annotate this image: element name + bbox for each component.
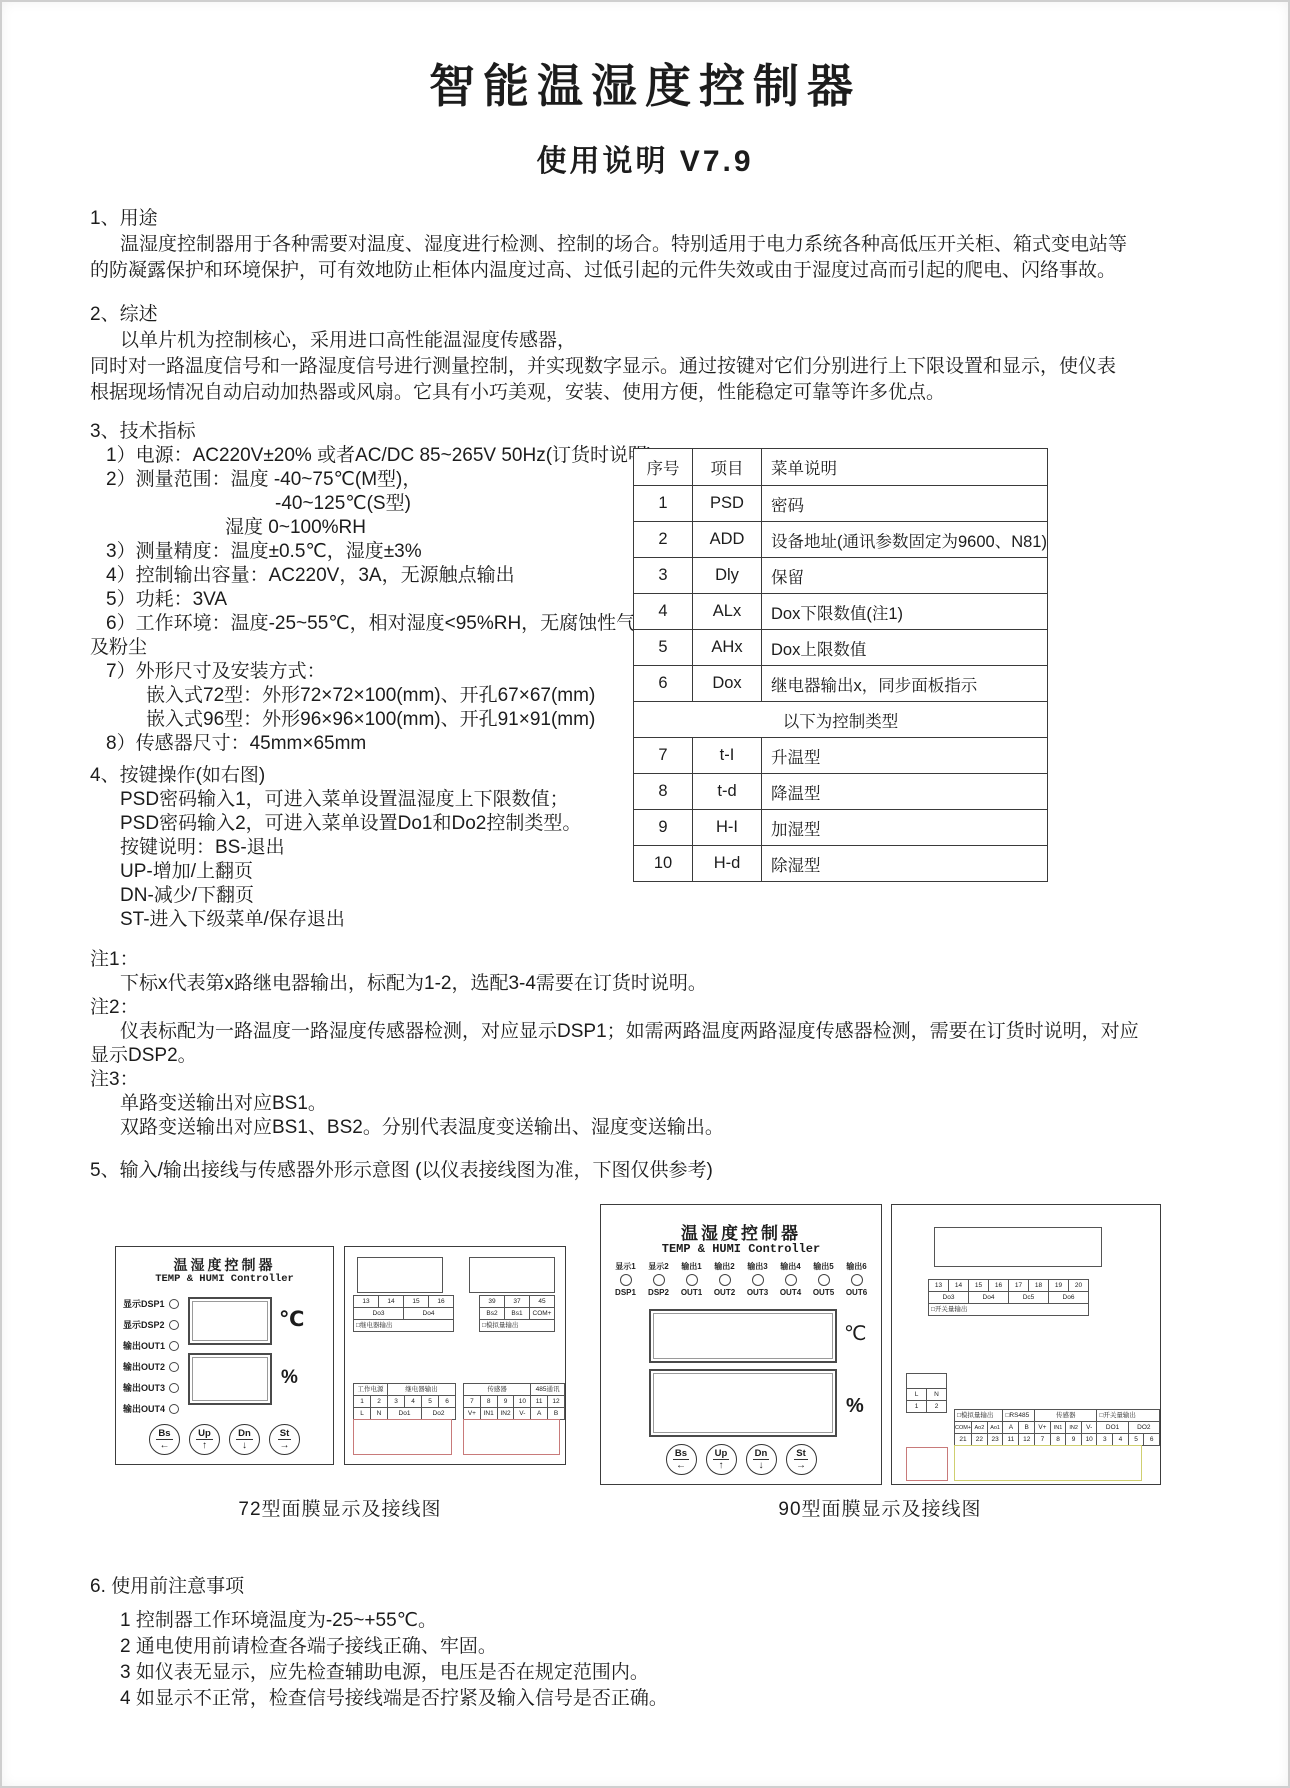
terminal-label: DO2: [1128, 1422, 1159, 1434]
power-relay-strip: 工作电源 继电器输出 1 2 3 4 5 6 L N Do1 Do2: [353, 1383, 456, 1420]
terminal-label: COM+: [530, 1308, 555, 1320]
relay-module-outline: [357, 1257, 443, 1293]
terminal-label: V+: [1035, 1422, 1051, 1434]
terminal-label: Do2: [422, 1408, 456, 1420]
terminal-label: L: [354, 1408, 371, 1420]
cell-desc: 降温型: [762, 774, 1048, 810]
terminal-cell: 16: [429, 1296, 454, 1308]
terminal-label: Ao2: [972, 1422, 988, 1434]
terminal-cell: 4: [1113, 1434, 1129, 1446]
button-row: Bs← Up↑ Dn↓ St→: [116, 1424, 333, 1455]
page-title: 智能温湿度控制器: [90, 50, 1200, 116]
down-arrow-icon: ↓: [759, 1460, 764, 1471]
led-label: 输出OUT3: [123, 1381, 165, 1394]
terminal-cell: 8: [480, 1396, 497, 1408]
sensor-header: 传感器: [1035, 1410, 1097, 1422]
cell-no: 4: [634, 594, 693, 630]
dn-button: Dn↓: [746, 1444, 777, 1475]
cell-no: 8: [634, 774, 693, 810]
indicator-label-en: DSP2: [648, 1288, 669, 1297]
celsius-unit: ℃: [279, 1307, 304, 1332]
paragraph-line: 同时对一路温度信号和一路湿度信号进行测量控制，并实现数字显示。通过按键对它们分别…: [90, 354, 1200, 380]
terminal-label: B: [548, 1408, 565, 1420]
terminal-label: Do3: [929, 1292, 969, 1304]
button-row: Bs← Up↑ Dn↓ St→: [601, 1444, 881, 1475]
indicator-label-cn: 输出4: [780, 1261, 800, 1272]
table-row: 4 ALx Dox下限数值(注1): [634, 594, 1048, 630]
indicator-label-cn: 输出3: [747, 1261, 767, 1272]
terminal-cell: 37: [505, 1296, 530, 1308]
precaution-line: 1 控制器工作环境温度为-25~+55℃。: [90, 1608, 1200, 1634]
terminal-cell: 1: [354, 1396, 371, 1408]
note-line: 仪表标配为一路温度一路湿度传感器检测，对应显示DSP1；如需两路温度两路湿度传感…: [90, 1020, 1200, 1044]
terminal-cell: 12: [548, 1396, 565, 1408]
indicator-label-cn: 输出1: [681, 1261, 701, 1272]
indicator: 输出3OUT3: [744, 1261, 772, 1297]
analog-output-header: □模拟量输出: [955, 1410, 1003, 1422]
panel-72-wiring: 13 14 15 16 Do3 Do4 □继电器输出 39 37 45: [344, 1246, 566, 1465]
terminal-cell: 10: [514, 1396, 531, 1408]
wiring-area-outline: [463, 1419, 560, 1455]
cell-desc: Dox上限数值: [762, 630, 1048, 666]
terminal-cell: 15: [404, 1296, 429, 1308]
cell-item: t-d: [693, 774, 762, 810]
table-row: 3 Dly 保留: [634, 558, 1048, 594]
section-precautions: 6. 使用前注意事项 1 控制器工作环境温度为-25~+55℃。 2 通电使用前…: [90, 1574, 1200, 1712]
precaution-line: 3 如仪表无显示，应先检查辅助电源，电压是否在规定范围内。: [90, 1660, 1200, 1686]
cell-item: ALx: [693, 594, 762, 630]
rs485-header: □RS485: [1003, 1410, 1035, 1422]
section3-heading: 3、技术指标: [90, 420, 1200, 444]
cell-item: H-d: [693, 846, 762, 882]
table-divider-row: 以下为控制类型: [634, 702, 1048, 738]
terminal-cell: 3: [388, 1396, 405, 1408]
up-button: Up↑: [706, 1444, 737, 1475]
led-label: 显示DSP1: [123, 1297, 165, 1310]
panel-90-wiring: 13 14 15 16 17 18 19 20 Do3 Do4 Dc5 Do6 …: [891, 1204, 1161, 1485]
terminal-label: N: [927, 1389, 947, 1401]
section5-heading: 5、输入/输出接线与传感器外形示意图 (以仪表接线图为准，下图仅供参考): [90, 1158, 1200, 1184]
manual-page: 智能温湿度控制器 使用说明 V7.9 1、用途 温湿度控制器用于各种需要对温度、…: [0, 0, 1290, 1788]
panel-title-cn: 温湿度控制器: [116, 1255, 333, 1275]
comm-header: 485通讯: [531, 1384, 565, 1396]
note-line: 显示DSP2。: [90, 1044, 1200, 1068]
cell-desc: Dox下限数值(注1): [762, 594, 1048, 630]
terminal-cell: 11: [531, 1396, 548, 1408]
terminal-cell: 5: [1128, 1434, 1144, 1446]
indicator-label-en: OUT6: [846, 1288, 867, 1297]
up-arrow-icon: ↑: [719, 1460, 724, 1471]
cell-item: PSD: [693, 486, 762, 522]
terminal-cell: 14: [949, 1280, 969, 1292]
percent-unit: %: [281, 1367, 298, 1389]
up-button: Up↑: [189, 1424, 220, 1455]
led-indicator: 输出OUT1: [123, 1335, 179, 1356]
indicator-label-en: DSP1: [615, 1288, 636, 1297]
celsius-unit: ℃: [844, 1321, 866, 1346]
dn-button: Dn↓: [229, 1424, 260, 1455]
power-ln-strip: L N 1 2: [906, 1373, 947, 1413]
led-label: 输出OUT4: [123, 1402, 165, 1415]
st-button: St→: [269, 1424, 300, 1455]
terminal-cell: 10: [1081, 1434, 1097, 1446]
wiring-diagrams: 温湿度控制器 TEMP & HUMI Controller 显示DSP1 显示D…: [90, 1194, 1200, 1544]
led-circle-icon: [169, 1404, 179, 1414]
terminal-cell: 15: [969, 1280, 989, 1292]
led-indicator: 显示DSP2: [123, 1314, 179, 1335]
key-op-line: ST-进入下级菜单/保存退出: [90, 908, 1200, 932]
terminal-label: A: [531, 1408, 548, 1420]
terminal-label: A: [1003, 1422, 1019, 1434]
indicator-label-cn: 输出6: [846, 1261, 866, 1272]
terminal-cell: 6: [1144, 1434, 1160, 1446]
led-circle-icon: [169, 1299, 179, 1309]
bs-button: Bs←: [149, 1424, 180, 1455]
switch-output-note: □开关量输出: [929, 1304, 1089, 1316]
section-specs-and-keys: 3、技术指标 1）电源：AC220V±20% 或者AC/DC 85~265V 5…: [90, 420, 1200, 932]
terminal-label: Do3: [354, 1308, 404, 1320]
table-row: 8 t-d 降温型: [634, 774, 1048, 810]
led-circle-icon: [818, 1274, 830, 1286]
cell-desc: 加湿型: [762, 810, 1048, 846]
led-column: 显示DSP1 显示DSP2 输出OUT1 输出OUT2 输出OUT3 输出OUT…: [123, 1293, 179, 1419]
indicator: 输出4OUT4: [777, 1261, 805, 1297]
section-purpose: 1、用途 温湿度控制器用于各种需要对温度、湿度进行检测、控制的场合。特别适用于电…: [90, 206, 1200, 284]
indicator: 输出1OUT1: [678, 1261, 706, 1297]
terminal-cell: 9: [497, 1396, 514, 1408]
led-circle-icon: [851, 1274, 863, 1286]
do-terminal-strip: 13 14 15 16 17 18 19 20 Do3 Do4 Dc5 Do6 …: [928, 1279, 1089, 1316]
terminal-cell: 19: [1049, 1280, 1069, 1292]
terminal-cell: 45: [530, 1296, 555, 1308]
led-circle-icon: [620, 1274, 632, 1286]
terminal-cell: 17: [1009, 1280, 1029, 1292]
terminal-cell: 16: [989, 1280, 1009, 1292]
notes-section: 注1： 下标x代表第x路继电器输出，标配为1-2，选配3-4需要在订货时说明。 …: [90, 948, 1200, 1140]
table-row: 9 H-I 加湿型: [634, 810, 1048, 846]
terminal-label: Bs1: [505, 1308, 530, 1320]
cell-item: H-I: [693, 810, 762, 846]
terminal-cell: 3: [1097, 1434, 1113, 1446]
led-circle-icon: [653, 1274, 665, 1286]
terminal-cell: 20: [1069, 1280, 1089, 1292]
cell-desc: 除湿型: [762, 846, 1048, 882]
indicator-label-en: OUT2: [714, 1288, 735, 1297]
indicator: 输出5OUT5: [810, 1261, 838, 1297]
blank-cell: [907, 1374, 947, 1389]
sensor-header: 传感器: [464, 1384, 531, 1396]
terminal-label: IN1: [1050, 1422, 1066, 1434]
note-line: 注3：: [90, 1068, 1200, 1092]
indicator-label-en: OUT3: [747, 1288, 768, 1297]
temp-display: [188, 1297, 272, 1345]
table-row: 2 ADD 设备地址(通讯参数固定为9600、N81): [634, 522, 1048, 558]
indicator: 输出2OUT2: [711, 1261, 739, 1297]
led-indicator: 输出OUT2: [123, 1356, 179, 1377]
menu-table: 序号 项目 菜单说明 1 PSD 密码 2 ADD 设备地址(通讯参数固定为96…: [633, 448, 1048, 882]
terminal-cell: 12: [1019, 1434, 1035, 1446]
terminal-cell: 4: [405, 1396, 422, 1408]
terminal-label: V+: [464, 1408, 481, 1420]
button-label: Dn: [236, 1429, 253, 1440]
key-op-line: DN-减少/下翻页: [90, 884, 1200, 908]
up-arrow-icon: ↑: [202, 1440, 207, 1451]
led-circle-icon: [719, 1274, 731, 1286]
cell-no: 5: [634, 630, 693, 666]
terminal-cell: 39: [480, 1296, 505, 1308]
wiring-area-outline: [954, 1445, 1142, 1481]
wiring-area-outline: [906, 1447, 948, 1481]
led-circle-icon: [752, 1274, 764, 1286]
button-label: Dn: [753, 1449, 770, 1460]
terminal-label: Do4: [404, 1308, 454, 1320]
cell-no: 2: [634, 522, 693, 558]
terminal-cell: 11: [1003, 1434, 1019, 1446]
section2-heading: 2、综述: [90, 302, 1200, 328]
cell-no: 1: [634, 486, 693, 522]
led-label: 输出OUT1: [123, 1339, 165, 1352]
terminal-cell: 2: [371, 1396, 388, 1408]
left-arrow-icon: ←: [676, 1460, 686, 1471]
cell-item: Dox: [693, 666, 762, 702]
table-row: 10 H-d 除湿型: [634, 846, 1048, 882]
terminal-cell: 23: [987, 1434, 1003, 1446]
section-overview: 2、综述 以单片机为控制核心，采用进口高性能温湿度传感器， 同时对一路温度信号和…: [90, 302, 1200, 406]
analog-module-outline: [469, 1257, 555, 1293]
paragraph-line: 以单片机为控制核心，采用进口高性能温湿度传感器，: [90, 328, 1200, 354]
led-label: 输出OUT2: [123, 1360, 165, 1373]
main-terminal-strip: □模拟量输出 □RS485 传感器 □开关量输出 COM+ Ao2 Ao1 A …: [954, 1409, 1160, 1446]
section1-heading: 1、用途: [90, 206, 1200, 232]
sensor-485-strip: 传感器 485通讯 7 8 9 10 11 12 V+ IN1 IN2 V- A: [463, 1383, 565, 1420]
table-row: 1 PSD 密码: [634, 486, 1048, 522]
bs-button: Bs←: [666, 1444, 697, 1475]
panel-title-cn: 温湿度控制器: [601, 1219, 881, 1244]
indicator-label-en: OUT1: [681, 1288, 702, 1297]
note-line: 单路变送输出对应BS1。: [90, 1092, 1200, 1116]
terminal-cell: 13: [929, 1280, 949, 1292]
cell-no: 9: [634, 810, 693, 846]
terminal-label: Bs2: [480, 1308, 505, 1320]
caption-90: 90型面膜显示及接线图: [725, 1494, 1035, 1521]
cell-no: 7: [634, 738, 693, 774]
page-subtitle: 使用说明 V7.9: [90, 136, 1200, 180]
paragraph-line: 温湿度控制器用于各种需要对温度、湿度进行检测、控制的场合。特别适用于电力系统各种…: [90, 232, 1200, 258]
cell-no: 6: [634, 666, 693, 702]
cell-desc: 升温型: [762, 738, 1048, 774]
indicator-label-en: OUT5: [813, 1288, 834, 1297]
note-line: 双路变送输出对应BS1、BS2。分别代表温度变送输出、湿度变送输出。: [90, 1116, 1200, 1140]
terminal-cell: 6: [439, 1396, 456, 1408]
led-circle-icon: [686, 1274, 698, 1286]
terminal-cell: 8: [1050, 1434, 1066, 1446]
panel-title-en: TEMP & HUMI Controller: [601, 1242, 881, 1256]
terminal-label: B: [1019, 1422, 1035, 1434]
terminal-cell: 21: [955, 1434, 972, 1446]
paragraph-line: 的防凝露保护和环境保护，可有效地防止柜体内温度过高、过低引起的元件失效或由于湿度…: [90, 258, 1200, 284]
terminal-cell: 9: [1066, 1434, 1082, 1446]
terminal-label: DO1: [1097, 1422, 1128, 1434]
indicator-label-cn: 显示1: [615, 1261, 635, 1272]
terminal-cell: 14: [379, 1296, 404, 1308]
menu-table-header-row: 序号 项目 菜单说明: [634, 449, 1048, 486]
table-row: 6 Dox 继电器输出x，同步面板指示: [634, 666, 1048, 702]
table-row: 5 AHx Dox上限数值: [634, 630, 1048, 666]
right-arrow-icon: →: [280, 1440, 290, 1451]
cell-no: 10: [634, 846, 693, 882]
button-label: Bs: [673, 1449, 689, 1460]
button-label: St: [794, 1449, 808, 1460]
indicator: 显示2DSP2: [645, 1261, 673, 1297]
terminal-label: V-: [514, 1408, 531, 1420]
percent-unit: %: [846, 1395, 864, 1418]
terminal-label: IN2: [1066, 1422, 1082, 1434]
cell-item: AHx: [693, 630, 762, 666]
terminal-label: L: [907, 1389, 927, 1401]
terminal-label: COM+: [955, 1422, 972, 1434]
led-indicator: 输出OUT4: [123, 1398, 179, 1419]
led-label: 显示DSP2: [123, 1318, 165, 1331]
indicator-label-cn: 显示2: [648, 1261, 668, 1272]
analog-output-note: □模拟量输出: [480, 1320, 555, 1332]
terminal-label: Dc5: [1009, 1292, 1049, 1304]
power-header: 工作电源: [354, 1384, 388, 1396]
terminal-label: N: [371, 1408, 388, 1420]
relay-terminal-strip: 13 14 15 16 Do3 Do4 □继电器输出: [353, 1295, 454, 1332]
terminal-cell: 1: [907, 1401, 927, 1413]
indicator: 显示1DSP1: [612, 1261, 640, 1297]
cell-desc: 密码: [762, 486, 1048, 522]
indicator-row: 显示1DSP1 显示2DSP2 输出1OUT1 输出2OUT2 输出3OUT3 …: [601, 1261, 881, 1297]
terminal-cell: 5: [422, 1396, 439, 1408]
note-line: 注1：: [90, 948, 1200, 972]
indicator: 输出6OUT6: [843, 1261, 871, 1297]
note-line: 下标x代表第x路继电器输出，标配为1-2，选配3-4需要在订货时说明。: [90, 972, 1200, 996]
terminal-label: Ao1: [987, 1422, 1003, 1434]
paragraph-line: 根据现场情况自动启动加热器或风扇。它具有小巧美观，安装、使用方便，性能稳定可靠等…: [90, 380, 1200, 406]
precaution-line: 2 通电使用前请检查各端子接线正确、牢固。: [90, 1634, 1200, 1660]
precaution-line: 4 如显示不正常，检查信号接线端是否拧紧及输入信号是否正确。: [90, 1686, 1200, 1712]
cell-item: t-I: [693, 738, 762, 774]
menu-col-desc: 菜单说明: [762, 449, 1048, 486]
switch-output-header: □开关量输出: [1097, 1410, 1160, 1422]
table-row: 7 t-I 升温型: [634, 738, 1048, 774]
panel-90-front: 温湿度控制器 TEMP & HUMI Controller 显示1DSP1 显示…: [600, 1204, 882, 1485]
led-circle-icon: [169, 1320, 179, 1330]
button-label: Up: [713, 1449, 730, 1460]
st-button: St→: [786, 1444, 817, 1475]
led-circle-icon: [169, 1362, 179, 1372]
terminal-label: V-: [1081, 1422, 1097, 1434]
relay-output-note: □继电器输出: [354, 1320, 454, 1332]
module-outline: [934, 1227, 1102, 1267]
section6-heading: 6. 使用前注意事项: [90, 1574, 1200, 1600]
menu-col-item: 项目: [693, 449, 762, 486]
indicator-label-en: OUT4: [780, 1288, 801, 1297]
cell-desc: 设备地址(通讯参数固定为9600、N81): [762, 522, 1048, 558]
terminal-cell: 13: [354, 1296, 379, 1308]
cell-desc: 继电器输出x，同步面板指示: [762, 666, 1048, 702]
humi-display: [188, 1353, 272, 1405]
humi-display: [649, 1369, 837, 1437]
terminal-label: IN2: [497, 1408, 514, 1420]
led-indicator: 显示DSP1: [123, 1293, 179, 1314]
button-label: Bs: [156, 1429, 172, 1440]
wiring-area-outline: [353, 1419, 452, 1455]
indicator-label-cn: 输出2: [714, 1261, 734, 1272]
cell-desc: 保留: [762, 558, 1048, 594]
terminal-cell: 22: [972, 1434, 988, 1446]
led-circle-icon: [169, 1341, 179, 1351]
panel-title-en: TEMP & HUMI Controller: [116, 1273, 333, 1285]
terminal-label: Do1: [388, 1408, 422, 1420]
led-indicator: 输出OUT3: [123, 1377, 179, 1398]
terminal-cell: 2: [927, 1401, 947, 1413]
analog-terminal-strip: 39 37 45 Bs2 Bs1 COM+ □模拟量输出: [479, 1295, 555, 1332]
terminal-label: IN1: [480, 1408, 497, 1420]
menu-col-no: 序号: [634, 449, 693, 486]
down-arrow-icon: ↓: [242, 1440, 247, 1451]
caption-72: 72型面膜显示及接线图: [185, 1494, 495, 1521]
cell-no: 3: [634, 558, 693, 594]
left-arrow-icon: ←: [160, 1440, 170, 1451]
cell-item: Dly: [693, 558, 762, 594]
terminal-cell: 18: [1029, 1280, 1049, 1292]
terminal-cell: 7: [464, 1396, 481, 1408]
terminal-label: Do6: [1049, 1292, 1089, 1304]
right-arrow-icon: →: [796, 1460, 806, 1471]
button-label: Up: [196, 1429, 213, 1440]
note-line: 注2：: [90, 996, 1200, 1020]
terminal-label: Do4: [969, 1292, 1009, 1304]
divider-label: 以下为控制类型: [634, 702, 1048, 738]
cell-item: ADD: [693, 522, 762, 558]
button-label: St: [278, 1429, 292, 1440]
temp-display: [649, 1309, 837, 1363]
indicator-label-cn: 输出5: [813, 1261, 833, 1272]
led-circle-icon: [169, 1383, 179, 1393]
relay-out-header: 继电器输出: [388, 1384, 456, 1396]
panel-72-front: 温湿度控制器 TEMP & HUMI Controller 显示DSP1 显示D…: [115, 1246, 334, 1465]
terminal-cell: 7: [1035, 1434, 1051, 1446]
led-circle-icon: [785, 1274, 797, 1286]
